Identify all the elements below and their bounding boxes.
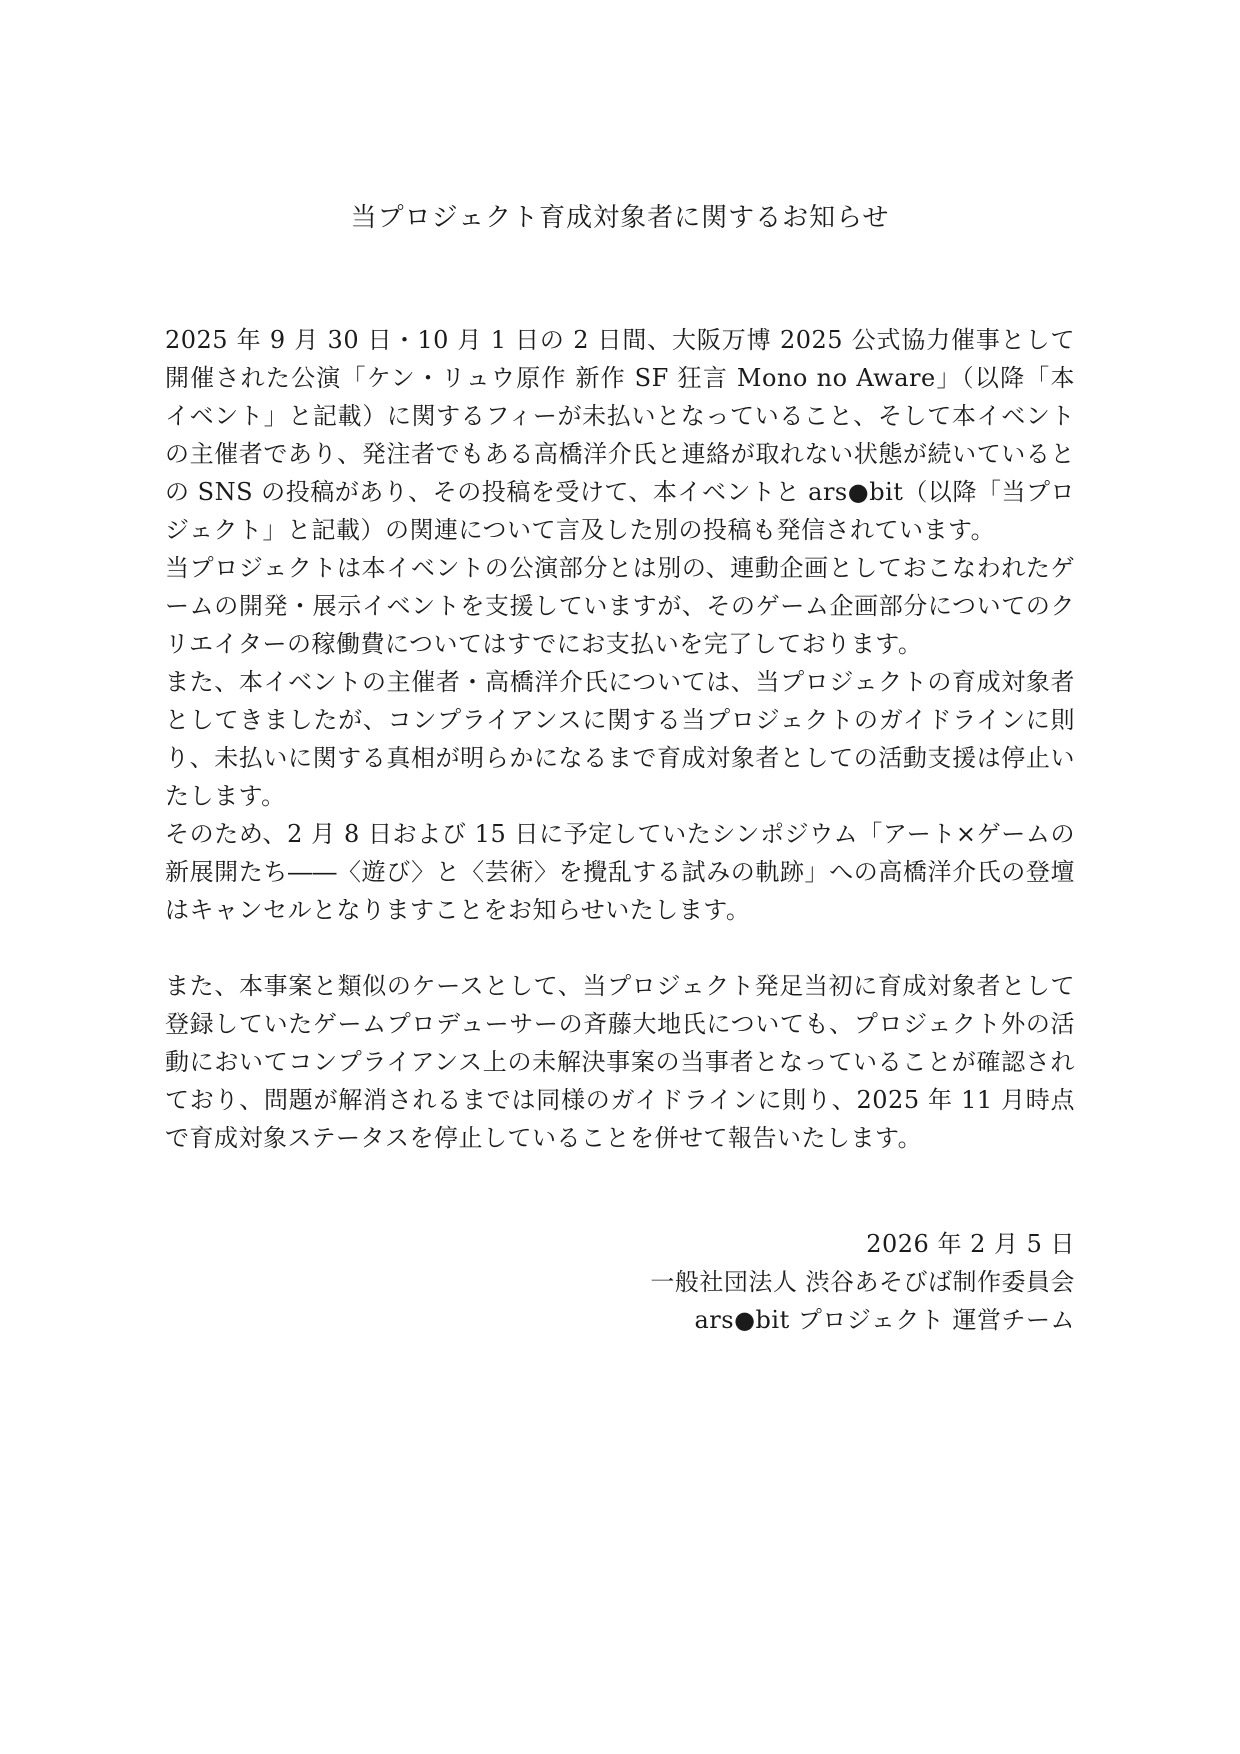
paragraph-2: 当プロジェクトは本イベントの公演部分とは別の、連動企画としておこなわれたゲームの… xyxy=(165,549,1075,663)
paragraph-5: また、本事案と類似のケースとして、当プロジェクト発足当初に育成対象者として登録し… xyxy=(165,967,1075,1157)
paragraph-spacer xyxy=(165,929,1075,967)
signature-date: 2026 年 2 月 5 日 xyxy=(165,1225,1075,1263)
document-page: 当プロジェクト育成対象者に関するお知らせ 2025 年 9 月 30 日・10 … xyxy=(0,0,1240,1754)
document-title: 当プロジェクト育成対象者に関するお知らせ xyxy=(165,0,1075,233)
document-body: 2025 年 9 月 30 日・10 月 1 日の 2 日間、大阪万博 2025… xyxy=(165,321,1075,1157)
paragraph-4: そのため、2 月 8 日および 15 日に予定していたシンポジウム「アート×ゲー… xyxy=(165,815,1075,929)
paragraph-3: また、本イベントの主催者・高橋洋介氏については、当プロジェクトの育成対象者として… xyxy=(165,663,1075,815)
paragraph-1: 2025 年 9 月 30 日・10 月 1 日の 2 日間、大阪万博 2025… xyxy=(165,321,1075,549)
signature-team: ars●bit プロジェクト 運営チーム xyxy=(165,1301,1075,1339)
signature-block: 2026 年 2 月 5 日 一般社団法人 渋谷あそびば制作委員会 ars●bi… xyxy=(165,1225,1075,1339)
signature-organization: 一般社団法人 渋谷あそびば制作委員会 xyxy=(165,1263,1075,1301)
